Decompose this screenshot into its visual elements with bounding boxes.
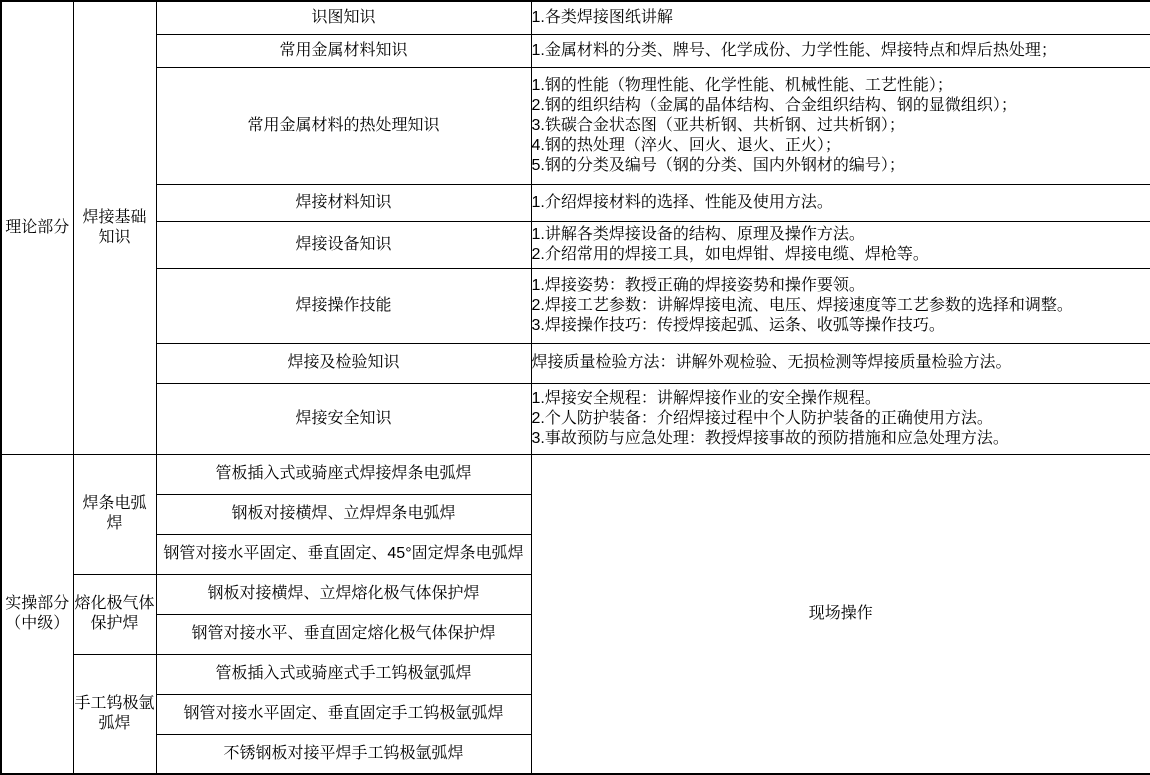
table-row: 焊接材料知识 1.介绍焊接材料的选择、性能及使用方法。 <box>1 184 1150 221</box>
topic-cell: 钢管对接水平、垂直固定熔化极气体保护焊 <box>156 614 531 654</box>
table-row: 常用金属材料知识 1.金属材料的分类、牌号、化学成份、力学性能、焊接特点和焊后热… <box>1 34 1150 67</box>
category-welding-basics: 焊接基础 知识 <box>73 1 156 454</box>
table-row: 常用金属材料的热处理知识 1.钢的性能（物理性能、化学性能、机械性能、工艺性能）… <box>1 67 1150 184</box>
topic-cell: 焊接安全知识 <box>156 383 531 454</box>
table-row: 焊接及检验知识 焊接质量检验方法：讲解外观检验、无损检测等焊接质量检验方法。 <box>1 343 1150 383</box>
section-label-theory: 理论部分 <box>1 1 73 454</box>
topic-cell: 钢管对接水平固定、垂直固定、45°固定焊条电弧焊 <box>156 534 531 574</box>
detail-cell: 1.金属材料的分类、牌号、化学成份、力学性能、焊接特点和焊后热处理； <box>531 34 1150 67</box>
topic-cell: 焊接材料知识 <box>156 184 531 221</box>
table-row: 理论部分 焊接基础 知识 识图知识 1.各类焊接图纸讲解 <box>1 1 1150 34</box>
topic-cell: 焊接及检验知识 <box>156 343 531 383</box>
detail-cell: 1.钢的性能（物理性能、化学性能、机械性能、工艺性能）； 2.钢的组织结构（金属… <box>531 67 1150 184</box>
topic-cell: 钢板对接横焊、立焊焊条电弧焊 <box>156 494 531 534</box>
detail-cell: 1.各类焊接图纸讲解 <box>531 1 1150 34</box>
category-smaw: 焊条电弧 焊 <box>73 454 156 574</box>
topic-cell: 焊接操作技能 <box>156 268 531 343</box>
detail-cell: 1.讲解各类焊接设备的结构、原理及操作方法。 2.介绍常用的焊接工具，如电焊钳、… <box>531 221 1150 268</box>
detail-cell: 1.介绍焊接材料的选择、性能及使用方法。 <box>531 184 1150 221</box>
topic-cell: 不锈钢板对接平焊手工钨极氩弧焊 <box>156 734 531 774</box>
topic-cell: 常用金属材料的热处理知识 <box>156 67 531 184</box>
table-row: 焊接设备知识 1.讲解各类焊接设备的结构、原理及操作方法。 2.介绍常用的焊接工… <box>1 221 1150 268</box>
category-gmaw: 熔化极气体 保护焊 <box>73 574 156 654</box>
category-gtaw: 手工钨极氩 弧焊 <box>73 654 156 774</box>
topic-cell: 管板插入式或骑座式焊接焊条电弧焊 <box>156 454 531 494</box>
onsite-operation-cell: 现场操作 <box>531 454 1150 774</box>
welding-curriculum-table: 理论部分 焊接基础 知识 识图知识 1.各类焊接图纸讲解 常用金属材料知识 1.… <box>0 0 1150 775</box>
topic-cell: 常用金属材料知识 <box>156 34 531 67</box>
topic-cell: 管板插入式或骑座式手工钨极氩弧焊 <box>156 654 531 694</box>
table-row: 焊接安全知识 1.焊接安全规程：讲解焊接作业的安全操作规程。 2.个人防护装备：… <box>1 383 1150 454</box>
topic-cell: 钢管对接水平固定、垂直固定手工钨极氩弧焊 <box>156 694 531 734</box>
section-label-practical: 实操部分 （中级） <box>1 454 73 774</box>
topic-cell: 识图知识 <box>156 1 531 34</box>
detail-cell: 焊接质量检验方法：讲解外观检验、无损检测等焊接质量检验方法。 <box>531 343 1150 383</box>
table-row: 焊接操作技能 1.焊接姿势：教授正确的焊接姿势和操作要领。 2.焊接工艺参数：讲… <box>1 268 1150 343</box>
detail-cell: 1.焊接姿势：教授正确的焊接姿势和操作要领。 2.焊接工艺参数：讲解焊接电流、电… <box>531 268 1150 343</box>
topic-cell: 焊接设备知识 <box>156 221 531 268</box>
table-row: 实操部分 （中级） 焊条电弧 焊 管板插入式或骑座式焊接焊条电弧焊 现场操作 <box>1 454 1150 494</box>
detail-cell: 1.焊接安全规程：讲解焊接作业的安全操作规程。 2.个人防护装备：介绍焊接过程中… <box>531 383 1150 454</box>
topic-cell: 钢板对接横焊、立焊熔化极气体保护焊 <box>156 574 531 614</box>
